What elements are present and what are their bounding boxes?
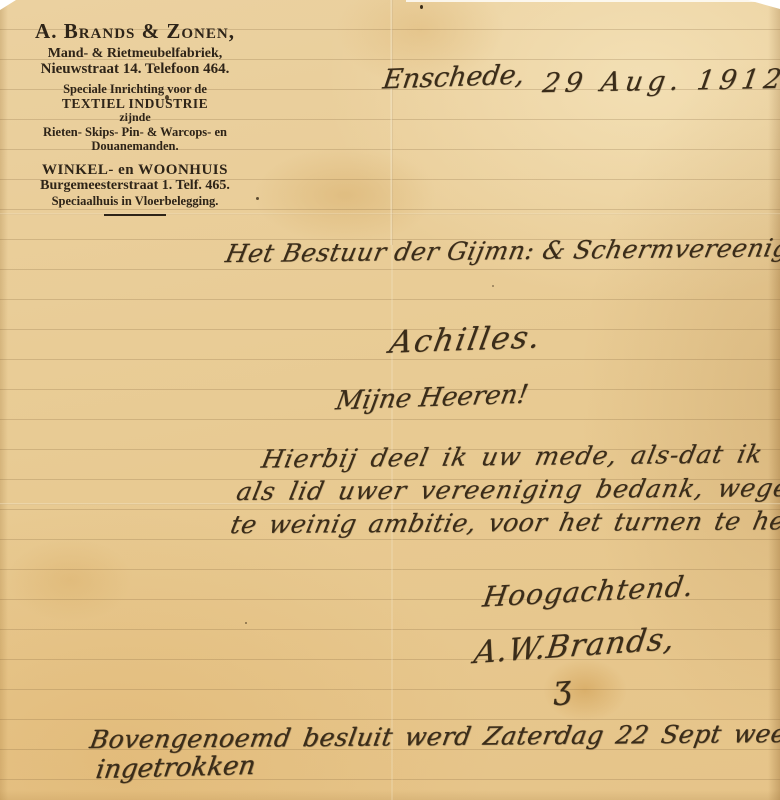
company-name: A. Brands & Zonen, — [26, 20, 244, 44]
greeting: Mijne Heeren! — [333, 380, 530, 417]
products-line-2: Douanemanden. — [26, 139, 244, 153]
signature: A.W.Brands, — [472, 621, 678, 671]
letterhead-rule — [104, 214, 166, 216]
products-line-1: Rieten- Skips- Pin- & Warcops- en — [26, 125, 244, 139]
special-industry: TEXTIEL INDUSTRIE — [26, 96, 244, 111]
recipient-club-name: Achilles. — [387, 319, 545, 361]
shop-specialty: Speciaalhuis in Vloerbelegging. — [26, 194, 244, 208]
recipient-board-line: Het Bestuur der Gijmn: & Schermvereenigi… — [223, 233, 780, 268]
worn-corner-top-left — [0, 0, 16, 10]
shop-title: WINKEL- en WOONHUIS — [26, 162, 244, 179]
letterhead: A. Brands & Zonen, Mand- & Rietmeubelfab… — [26, 20, 244, 216]
dateline-date: 29 Aug. 1912 — [541, 64, 780, 99]
company-address: Nieuwstraat 14. Telefoon 464. — [26, 61, 244, 78]
paper-speck — [256, 197, 259, 200]
paper-speck — [492, 285, 494, 287]
paper-speck — [420, 5, 423, 9]
paper-edge-top — [406, 0, 780, 2]
body-line-1: Hierbij deel ik uw mede, als-dat ik — [259, 439, 766, 473]
special-zijnde: zijnde — [26, 111, 244, 124]
body-line-3: te weinig ambitie, voor het turnen te he… — [228, 506, 780, 539]
postscript-line-1: Bovengenoemd besluit werd Zaterdag 22 Se… — [88, 719, 780, 754]
letter-scan: A. Brands & Zonen, Mand- & Rietmeubelfab… — [0, 0, 780, 800]
company-trade: Mand- & Rietmeubelfabriek, — [26, 46, 244, 62]
postscript-line-2: ingetrokken — [94, 751, 258, 785]
paper-speck — [245, 622, 247, 624]
dateline-place: Enschede, — [381, 59, 527, 95]
signature-paraph: ʒ — [552, 667, 573, 706]
body-line-2: als lid uwer vereeniging bedank, wegens — [234, 473, 780, 506]
vertical-fold-crease — [390, 0, 393, 245]
special-intro: Speciale Inrichting voor de — [26, 82, 244, 96]
shop-address: Burgemeesterstraat 1. Telf. 465. — [26, 178, 244, 194]
valediction: Hoogachtend. — [481, 569, 697, 613]
